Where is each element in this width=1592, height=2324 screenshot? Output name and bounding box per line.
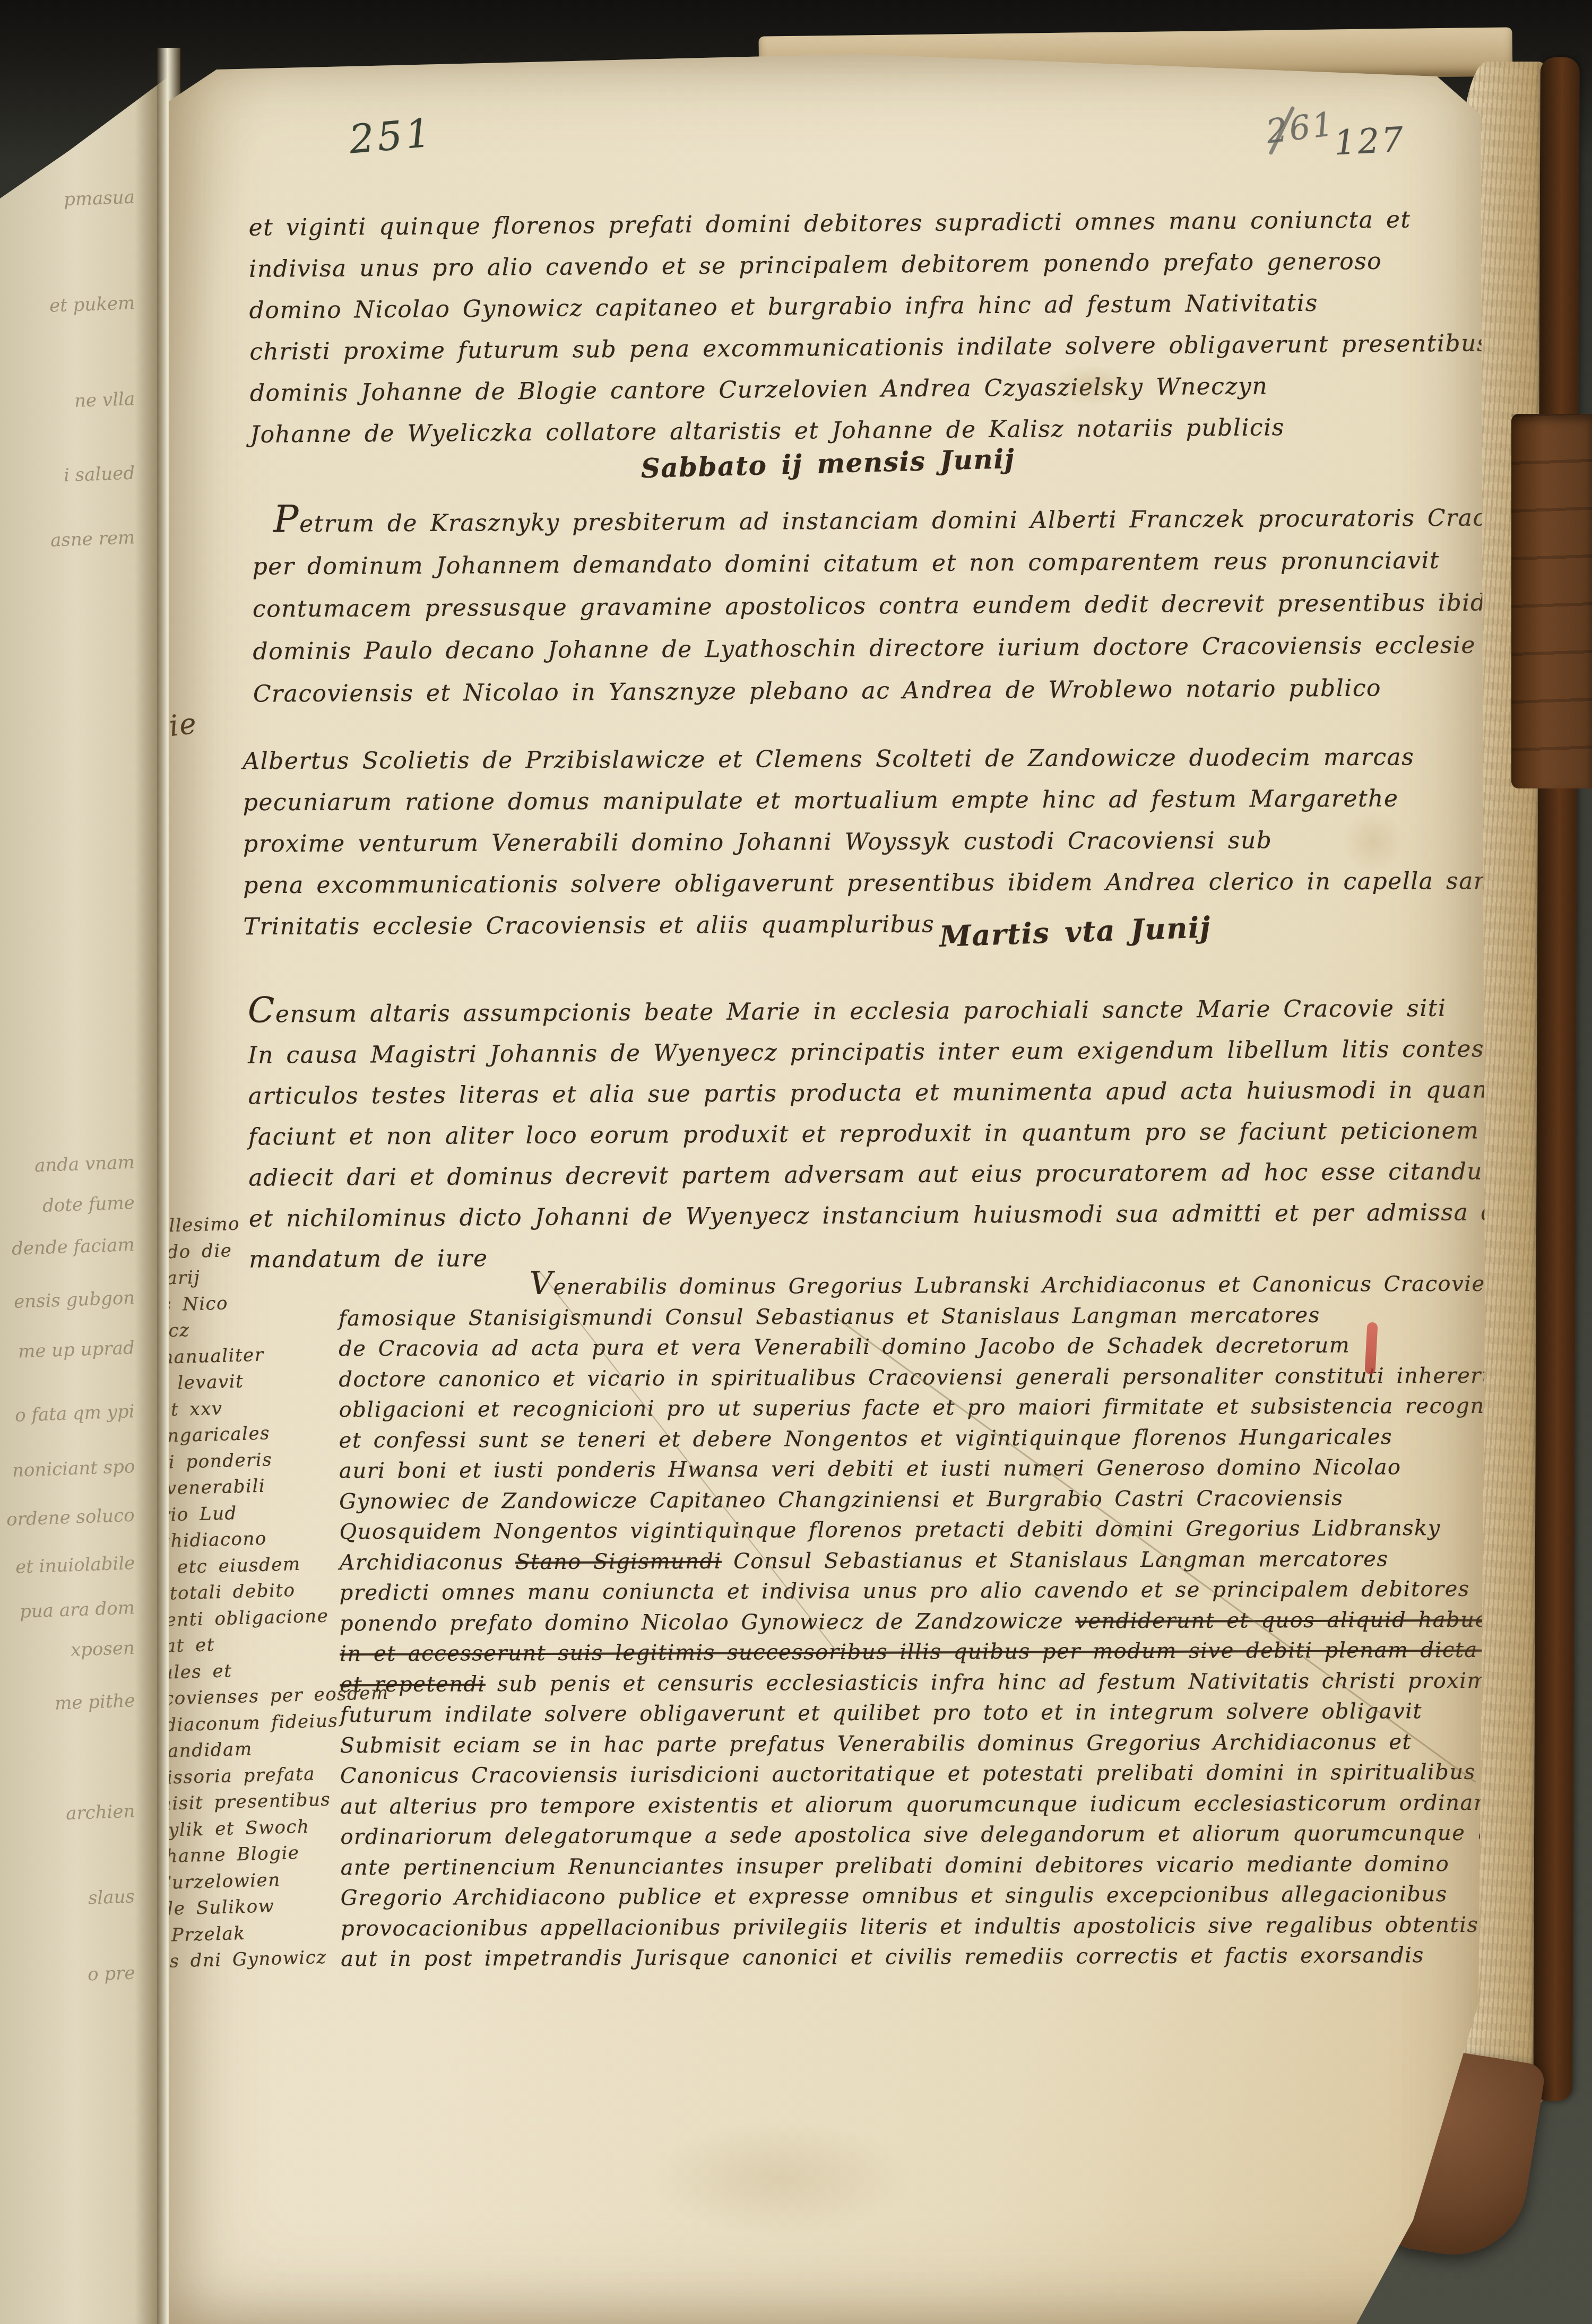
folio-number-ink: 251 — [348, 110, 436, 163]
text-line: et confessi sunt se teneri et debere Non… — [339, 1421, 1592, 1456]
text-line: faciunt et non aliter loco eorum produxi… — [248, 1108, 1592, 1157]
text-line: aut in post impetrandis Jurisque canonic… — [341, 1940, 1592, 1975]
text-line: ante pertinencium Renunciantes insuper p… — [341, 1848, 1592, 1883]
text-line: articulos testes literas et alia sue par… — [248, 1068, 1592, 1116]
text-line: obligacioni et recognicioni pro ut super… — [339, 1391, 1592, 1426]
text-line: doctore canonico et vicario in spiritual… — [339, 1360, 1592, 1395]
bleed-text-fragment: et pukem — [49, 292, 135, 317]
bleed-text-fragment: pmasua — [63, 187, 135, 211]
entry-venerabilis-gregorius: Venerabilis dominus Gregorius Lubranski … — [339, 1265, 1592, 1975]
bleed-text-fragment: archien — [65, 1801, 135, 1825]
text-line: Trinitatis ecclesie Cracoviensis et alii… — [243, 902, 1528, 948]
manuscript-page: 251 261 127 et viginti quinque florenos … — [169, 51, 1491, 2324]
text-line: et nichilominus dicto Johanni de Wyenyec… — [249, 1190, 1592, 1239]
parchment-stain — [646, 2120, 912, 2237]
text-line: Venerabilis dominus Gregorius Lubranski … — [339, 1265, 1592, 1304]
text-line: Gregorio Archidiacono publice et express… — [341, 1879, 1592, 1914]
text-line: Albertus Scolietis de Przibislawicze et … — [243, 736, 1528, 782]
text-line: dominis Paulo decano Johanne de Lyathosc… — [253, 623, 1589, 673]
text-line: Censum altaris assumpcionis beate Marie … — [248, 982, 1592, 1035]
text-line: predicti omnes manu coniuncta et indivis… — [340, 1574, 1592, 1609]
bleed-text-fragment: ordene soluco — [6, 1505, 135, 1530]
bleed-text-fragment: asne rem — [50, 527, 135, 551]
bleed-text-fragment: slaus — [88, 1886, 135, 1909]
previous-page-edge: pmasuaet pukemne vllai saluedasne remand… — [0, 45, 169, 2324]
bleed-text-fragment: noniciant spo — [12, 1456, 135, 1481]
text-line: in et accesserunt suis legitimis success… — [340, 1635, 1592, 1670]
text-line: contumacem pressusque gravamine apostoli… — [253, 581, 1589, 630]
bleed-text-fragment: et inuiolabile — [15, 1553, 135, 1578]
entry-censum-altaris: Censum altaris assumpcionis beate Marie … — [248, 982, 1592, 1280]
folio-number-pencil: 127 — [1333, 120, 1406, 163]
bleed-text-fragment: dende faciam — [12, 1234, 135, 1260]
manuscript-photo: pmasuaet pukemne vllai saluedasne remand… — [0, 0, 1592, 2324]
text-line: provocacionibus appellacionibus privileg… — [341, 1909, 1592, 1944]
text-line: adiecit dari et dominus decrevit partem … — [248, 1149, 1592, 1198]
bleed-text-fragment: me pithe — [54, 1690, 135, 1714]
text-line: et repetendi sub penis et censuris eccle… — [340, 1665, 1592, 1700]
entry-albertus-scolietis: Albertus Scolietis de Przibislawicze et … — [243, 736, 1528, 948]
bleed-text-fragment: ne vlla — [74, 388, 135, 412]
bleed-text-fragment: me up uprad — [18, 1337, 135, 1363]
text-line: ponendo prefato domino Nicolao Gynowiecz… — [340, 1604, 1592, 1639]
entry-petrum-citation: Petrum de Krasznyky presbiterum ad insta… — [252, 491, 1589, 715]
text-line: In causa Magistri Johannis de Wyenyecz p… — [248, 1027, 1592, 1076]
leather-cover-flap — [1511, 414, 1592, 788]
text-line: famosique Stanisigismundi Consul Sebasti… — [339, 1299, 1592, 1334]
leather-cover-edge — [1533, 57, 1579, 2101]
bleed-text-fragment: dote fume — [42, 1192, 135, 1217]
text-line: proxime venturum Venerabili domino Johan… — [243, 819, 1528, 865]
bleed-text-fragment: anda vnam — [34, 1152, 135, 1177]
text-line: Petrum de Krasznyky presbiterum ad insta… — [252, 491, 1588, 545]
text-line: Cracoviensis et Nicolao in Yansznyze ple… — [253, 666, 1589, 715]
text-line: Quosquidem Nongentos vigintiquinque flor… — [339, 1513, 1592, 1548]
bleed-text-fragment: pua ara dom — [20, 1597, 135, 1623]
text-line: futurum indilate solvere obligaverunt et… — [340, 1696, 1592, 1731]
text-line: Archidiaconus Stano Sigismundi Consul Se… — [340, 1543, 1592, 1578]
text-line: per dominum Johannem demandato domini ci… — [252, 539, 1588, 588]
text-line: pecuniarum ratione domus manipulate et m… — [243, 778, 1528, 823]
text-line: aut alterius pro tempore existentis et a… — [340, 1787, 1592, 1822]
text-line: Gynowiec de Zandowicze Capitaneo Changzi… — [339, 1482, 1592, 1517]
text-line: ordinariorum delegatorumque a sede apost… — [340, 1818, 1592, 1853]
bleed-text-fragment: o fata qm ypi — [15, 1401, 135, 1426]
bleed-text-fragment: i salued — [63, 463, 135, 487]
text-line: de Cracovia ad acta pura et vera Venerab… — [339, 1330, 1592, 1365]
bleed-text-fragment: o pre — [87, 1962, 135, 1985]
bleed-text-fragment: xposen — [70, 1637, 135, 1661]
text-line: Canonicus Cracoviensis iurisdicioni auct… — [340, 1757, 1592, 1792]
text-line: auri boni et iusti ponderis Hwansa veri … — [339, 1452, 1592, 1487]
bleed-text-fragment: ensis gubgon — [13, 1287, 135, 1313]
entry-obligation-viginti: et viginti quinque florenos prefati domi… — [248, 198, 1588, 456]
text-line: pena excommunicationis solvere obligaver… — [243, 861, 1528, 906]
